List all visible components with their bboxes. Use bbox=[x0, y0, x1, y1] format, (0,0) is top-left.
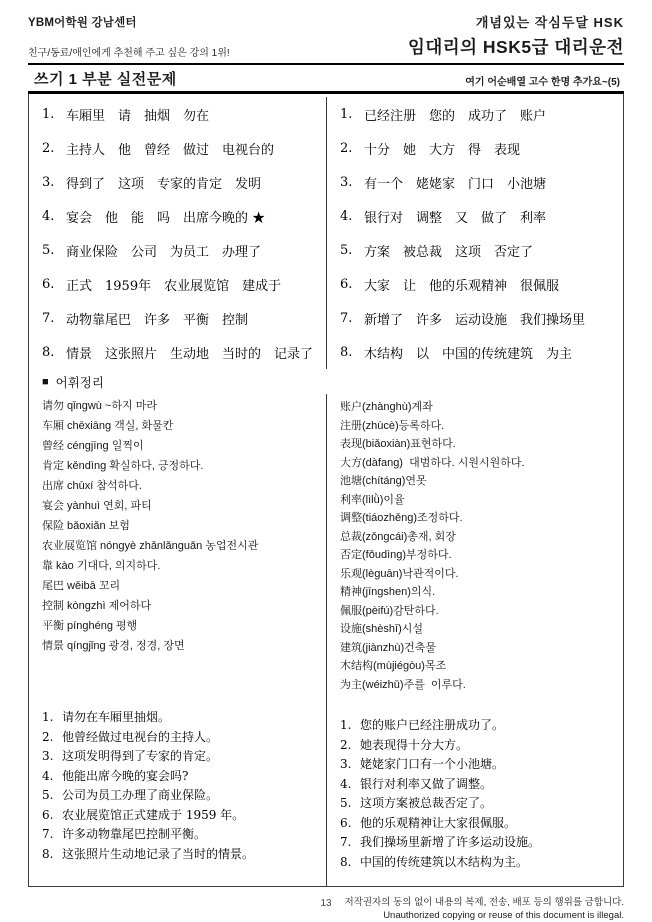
exercise-item: 5.商业保险 公司 为员工 办理了 bbox=[42, 233, 322, 267]
answer-sentence: 他曾经做过电视台的主持人。 bbox=[62, 728, 218, 748]
item-number: 4. bbox=[42, 209, 66, 224]
answer-number: 2. bbox=[42, 728, 62, 748]
item-number: 2. bbox=[340, 141, 364, 156]
answer-number: 5. bbox=[340, 794, 360, 814]
vocab-list-right: 账户(zhànghù)계좌注册(zhùcè)등록하다.表现(biǎoxiàn)표… bbox=[340, 394, 619, 694]
answer-item: 2.她表现得十分大方。 bbox=[340, 736, 619, 756]
exercise-item: 1.车厢里 请 抽烟 勿在 bbox=[42, 97, 322, 131]
exercise-item: 8.木结构 以 中国的传统建筑 为主 bbox=[340, 335, 619, 369]
vocab-entry: 靠 kào 기대다, 의지하다. bbox=[42, 556, 322, 576]
answer-sentence: 他的乐观精神让大家很佩服。 bbox=[360, 814, 516, 834]
answer-number: 6. bbox=[42, 806, 62, 826]
answer-number: 4. bbox=[42, 767, 62, 787]
item-words: 宴会 他 能 吗 出席今晚的 ★ bbox=[66, 207, 265, 226]
vocab-entry: 否定(fǒudìng)부정하다. bbox=[340, 546, 619, 565]
exercise-item: 3.有一个 姥姥家 门口 小池塘 bbox=[340, 165, 619, 199]
item-number: 8. bbox=[42, 345, 66, 360]
item-number: 3. bbox=[340, 175, 364, 190]
exercise-list-left: 1.车厢里 请 抽烟 勿在2.主持人 他 曾经 做过 电视台的3.得到了 这项 … bbox=[29, 97, 326, 369]
copyright-en: Unauthorized copying or reuse of this do… bbox=[345, 909, 624, 922]
item-words: 有一个 姥姥家 门口 小池塘 bbox=[364, 173, 546, 192]
vocab-entry: 平衡 pínghéng 평행 bbox=[42, 616, 322, 636]
vocab-entry: 保险 bǎoxiǎn 보험 bbox=[42, 516, 322, 536]
vocab-entry: 木结构(mùjiégòu)목조 bbox=[340, 657, 619, 676]
exercise-item: 1.已经注册 您的 成功了 账户 bbox=[340, 97, 619, 131]
vocab-entry: 农业展览馆 nóngyè zhǎnlǎnguǎn 농업전시관 bbox=[42, 536, 322, 556]
item-number: 4. bbox=[340, 209, 364, 224]
item-number: 1. bbox=[42, 107, 66, 122]
item-words: 十分 她 大方 得 表现 bbox=[364, 139, 520, 158]
header-right: 개념있는 작심두달 HSK 임대리의 HSK5급 대리운전 bbox=[408, 12, 624, 59]
section-title-bar: 쓰기 1 부분 실전문제 여기 어순배열 고수 한명 추가요~(5) bbox=[28, 63, 624, 94]
org-name: YBM어학원 강남센터 bbox=[28, 14, 230, 30]
vocab-heading: ■ 어휘정리 bbox=[29, 369, 623, 394]
answer-sentence: 中国的传统建筑以木结构为主。 bbox=[360, 853, 528, 873]
answer-number: 2. bbox=[340, 736, 360, 756]
item-words: 正式 1959年 农业展览馆 建成于 bbox=[66, 275, 281, 294]
item-number: 2. bbox=[42, 141, 66, 156]
vocab-entry: 请勿 qǐngwù ~하지 마라 bbox=[42, 396, 322, 416]
item-words: 已经注册 您的 成功了 账户 bbox=[364, 105, 546, 124]
exercise-section: 1.车厢里 请 抽烟 勿在2.主持人 他 曾经 做过 电视台的3.得到了 这项 … bbox=[29, 94, 623, 369]
vocab-answers-left: 请勿 qǐngwù ~하지 마라车厢 chēxiāng 객실, 화물칸曾经 cé… bbox=[29, 394, 326, 886]
answer-sentence: 许多动物靠尾巴控制平衡。 bbox=[62, 825, 206, 845]
vocab-entry: 大方(dàfang) 대범하다. 시원시원하다. bbox=[340, 454, 619, 473]
page-header: YBM어학원 강남센터 친구/동료/애인에게 추천해 주고 싶은 강의 1위! … bbox=[28, 12, 624, 59]
vocab-entry: 曾经 céngjīng 일찍이 bbox=[42, 436, 322, 456]
exercise-item: 7.新增了 许多 运动设施 我们操场里 bbox=[340, 301, 619, 335]
item-words: 动物靠尾巴 许多 平衡 控制 bbox=[66, 309, 248, 328]
exercise-list-right: 1.已经注册 您的 成功了 账户2.十分 她 大方 得 表现3.有一个 姥姥家 … bbox=[326, 97, 623, 369]
item-number: 7. bbox=[42, 311, 66, 326]
vocab-entry: 肯定 kěndìng 확실하다, 긍정하다. bbox=[42, 456, 322, 476]
answer-item: 8.中国的传统建筑以木结构为主。 bbox=[340, 853, 619, 873]
vocab-entry: 控制 kòngzhì 제어하다 bbox=[42, 596, 322, 616]
vocab-entry: 注册(zhùcè)등록하다. bbox=[340, 417, 619, 436]
answer-sentence: 我们操场里新增了许多运动设施。 bbox=[360, 833, 540, 853]
item-words: 银行对 调整 又 做了 利率 bbox=[364, 207, 546, 226]
answer-number: 5. bbox=[42, 786, 62, 806]
vocab-entry: 尾巴 wěibā 꼬리 bbox=[42, 576, 322, 596]
answer-sentence: 公司为员工办理了商业保险。 bbox=[62, 786, 218, 806]
answer-item: 4.他能出席今晚的宴会吗? bbox=[42, 767, 322, 787]
answer-sentence: 她表现得十分大方。 bbox=[360, 736, 468, 756]
exercise-item: 5.方案 被总裁 这项 否定了 bbox=[340, 233, 619, 267]
answer-number: 4. bbox=[340, 775, 360, 795]
vocab-list-left: 请勿 qǐngwù ~하지 마라车厢 chēxiāng 객실, 화물칸曾经 cé… bbox=[42, 394, 322, 656]
answer-item: 3.这项发明得到了专家的肯定。 bbox=[42, 747, 322, 767]
vocab-entry: 佩服(pèifú)감탄하다. bbox=[340, 602, 619, 621]
item-words: 木结构 以 中国的传统建筑 为主 bbox=[364, 343, 572, 362]
org-tagline: 친구/동료/애인에게 추천해 주고 싶은 강의 1위! bbox=[28, 44, 230, 59]
exercise-item: 4.银行对 调整 又 做了 利率 bbox=[340, 199, 619, 233]
exercise-item: 7.动物靠尾巴 许多 平衡 控制 bbox=[42, 301, 322, 335]
exercise-item: 2.十分 她 大方 得 表现 bbox=[340, 131, 619, 165]
answer-sentence: 请勿在车厢里抽烟。 bbox=[62, 708, 170, 728]
answer-sentence: 这张照片生动地记录了当时的情景。 bbox=[62, 845, 254, 865]
answer-item: 5.这项方案被总裁否定了。 bbox=[340, 794, 619, 814]
vocab-entry: 情景 qíngjǐng 광경, 정경, 장면 bbox=[42, 636, 322, 656]
worksheet-page: YBM어학원 강남센터 친구/동료/애인에게 추천해 주고 싶은 강의 1위! … bbox=[0, 0, 652, 922]
exercise-item: 8.情景 这张照片 生动地 当时的 记录了 bbox=[42, 335, 322, 369]
vocab-heading-label: 어휘정리 bbox=[56, 373, 104, 391]
answer-item: 6.农业展览馆正式建成于 1959 年。 bbox=[42, 806, 322, 826]
item-number: 6. bbox=[340, 277, 364, 292]
answer-sentence: 银行对利率又做了调整。 bbox=[360, 775, 492, 795]
item-number: 1. bbox=[340, 107, 364, 122]
answer-item: 8.这张照片生动地记录了当时的情景。 bbox=[42, 845, 322, 865]
vocab-entry: 出席 chūxí 참석하다. bbox=[42, 476, 322, 496]
answer-item: 6.他的乐观精神让大家很佩服。 bbox=[340, 814, 619, 834]
page-footer: 13 저작권자의 동의 없이 내용의 복제, 전송, 배포 등의 행위를 금합니… bbox=[28, 896, 624, 922]
section-title: 쓰기 1 부분 실전문제 bbox=[34, 68, 177, 89]
answer-number: 7. bbox=[42, 825, 62, 845]
answer-item: 2.他曾经做过电视台的主持人。 bbox=[42, 728, 322, 748]
exercise-item: 2.主持人 他 曾经 做过 电视台的 bbox=[42, 131, 322, 165]
answer-number: 6. bbox=[340, 814, 360, 834]
answer-item: 1.您的账户已经注册成功了。 bbox=[340, 716, 619, 736]
item-words: 车厢里 请 抽烟 勿在 bbox=[66, 105, 209, 124]
copyright-ko: 저작권자의 동의 없이 내용의 복제, 전송, 배포 등의 행위를 금합니다. bbox=[345, 896, 624, 909]
item-words: 大家 让 他的乐观精神 很佩服 bbox=[364, 275, 559, 294]
vocab-answer-section: 请勿 qǐngwù ~하지 마라车厢 chēxiāng 객실, 화물칸曾经 cé… bbox=[29, 394, 623, 886]
item-words: 情景 这张照片 生动地 当时的 记录了 bbox=[66, 343, 313, 362]
answer-sentence: 他能出席今晚的宴会吗? bbox=[62, 767, 188, 787]
answer-item: 7.许多动物靠尾巴控制平衡。 bbox=[42, 825, 322, 845]
answer-number: 3. bbox=[340, 755, 360, 775]
section-note: 여기 어순배열 고수 한명 추가요~(5) bbox=[465, 73, 620, 89]
vocab-entry: 车厢 chēxiāng 객실, 화물칸 bbox=[42, 416, 322, 436]
copyright-notice: 저작권자의 동의 없이 내용의 복제, 전송, 배포 등의 행위를 금합니다. … bbox=[345, 896, 624, 922]
item-words: 得到了 这项 专家的肯定 发明 bbox=[66, 173, 261, 192]
answer-number: 7. bbox=[340, 833, 360, 853]
item-number: 6. bbox=[42, 277, 66, 292]
answer-sentence: 这项方案被总裁否定了。 bbox=[360, 794, 492, 814]
item-number: 8. bbox=[340, 345, 364, 360]
answer-number: 8. bbox=[340, 853, 360, 873]
vocab-entry: 池塘(chítáng)연못 bbox=[340, 472, 619, 491]
answer-number: 3. bbox=[42, 747, 62, 767]
answer-number: 8. bbox=[42, 845, 62, 865]
item-words: 方案 被总裁 这项 否定了 bbox=[364, 241, 533, 260]
vocab-entry: 表现(biǎoxiàn)표현하다. bbox=[340, 435, 619, 454]
vocab-entry: 账户(zhànghù)계좌 bbox=[340, 398, 619, 417]
answer-item: 1.请勿在车厢里抽烟。 bbox=[42, 708, 322, 728]
exercise-item: 6.大家 让 他的乐观精神 很佩服 bbox=[340, 267, 619, 301]
square-bullet-icon: ■ bbox=[42, 376, 49, 388]
answer-sentence: 姥姥家门口有一个小池塘。 bbox=[360, 755, 504, 775]
content-box: 1.车厢里 请 抽烟 勿在2.主持人 他 曾经 做过 电视台的3.得到了 这项 … bbox=[28, 94, 624, 887]
answer-list-left: 1.请勿在车厢里抽烟。2.他曾经做过电视台的主持人。3.这项发明得到了专家的肯定… bbox=[42, 708, 322, 878]
item-words: 新增了 许多 运动设施 我们操场里 bbox=[364, 309, 585, 328]
item-words: 主持人 他 曾经 做过 电视台的 bbox=[66, 139, 274, 158]
item-number: 7. bbox=[340, 311, 364, 326]
vocab-entry: 宴会 yànhuì 연회, 파티 bbox=[42, 496, 322, 516]
exercise-item: 3.得到了 这项 专家的肯定 发明 bbox=[42, 165, 322, 199]
exercise-item: 6.正式 1959年 农业展览馆 建成于 bbox=[42, 267, 322, 301]
brand-slogan: 개념있는 작심두달 HSK bbox=[408, 12, 624, 31]
vocab-entry: 建筑(jiànzhù)건축물 bbox=[340, 639, 619, 658]
answer-list-right: 1.您的账户已经注册成功了。2.她表现得十分大方。3.姥姥家门口有一个小池塘。4… bbox=[340, 716, 619, 886]
answer-sentence: 这项发明得到了专家的肯定。 bbox=[62, 747, 218, 767]
course-title: 임대리의 HSK5급 대리운전 bbox=[408, 34, 624, 59]
answer-number: 1. bbox=[42, 708, 62, 728]
vocab-entry: 乐观(lèguān)낙관적이다. bbox=[340, 565, 619, 584]
vocab-entry: 总裁(zǒngcái)총재, 회장 bbox=[340, 528, 619, 547]
vocab-entry: 为主(wéizhǔ)주를 이루다. bbox=[340, 676, 619, 695]
vocab-entry: 精神(jīngshen)의식. bbox=[340, 583, 619, 602]
answer-item: 5.公司为员工办理了商业保险。 bbox=[42, 786, 322, 806]
answer-sentence: 您的账户已经注册成功了。 bbox=[360, 716, 504, 736]
vocab-entry: 利率(lìlǜ)이율 bbox=[340, 491, 619, 510]
item-number: 5. bbox=[340, 243, 364, 258]
vocab-answers-right: 账户(zhànghù)계좌注册(zhùcè)등록하다.表现(biǎoxiàn)표… bbox=[326, 394, 623, 886]
item-number: 3. bbox=[42, 175, 66, 190]
answer-item: 7.我们操场里新增了许多运动设施。 bbox=[340, 833, 619, 853]
exercise-item: 4.宴会 他 能 吗 出席今晚的 ★ bbox=[42, 199, 322, 233]
answer-item: 3.姥姥家门口有一个小池塘。 bbox=[340, 755, 619, 775]
vocab-entry: 调整(tiáozhěng)조정하다. bbox=[340, 509, 619, 528]
item-number: 5. bbox=[42, 243, 66, 258]
header-left: YBM어학원 강남센터 친구/동료/애인에게 추천해 주고 싶은 강의 1위! bbox=[28, 12, 230, 59]
answer-item: 4.银行对利率又做了调整。 bbox=[340, 775, 619, 795]
item-words: 商业保险 公司 为员工 办理了 bbox=[66, 241, 261, 260]
vocab-entry: 设施(shèshī)시설 bbox=[340, 620, 619, 639]
answer-number: 1. bbox=[340, 716, 360, 736]
answer-sentence: 农业展览馆正式建成于 1959 年。 bbox=[62, 806, 244, 826]
